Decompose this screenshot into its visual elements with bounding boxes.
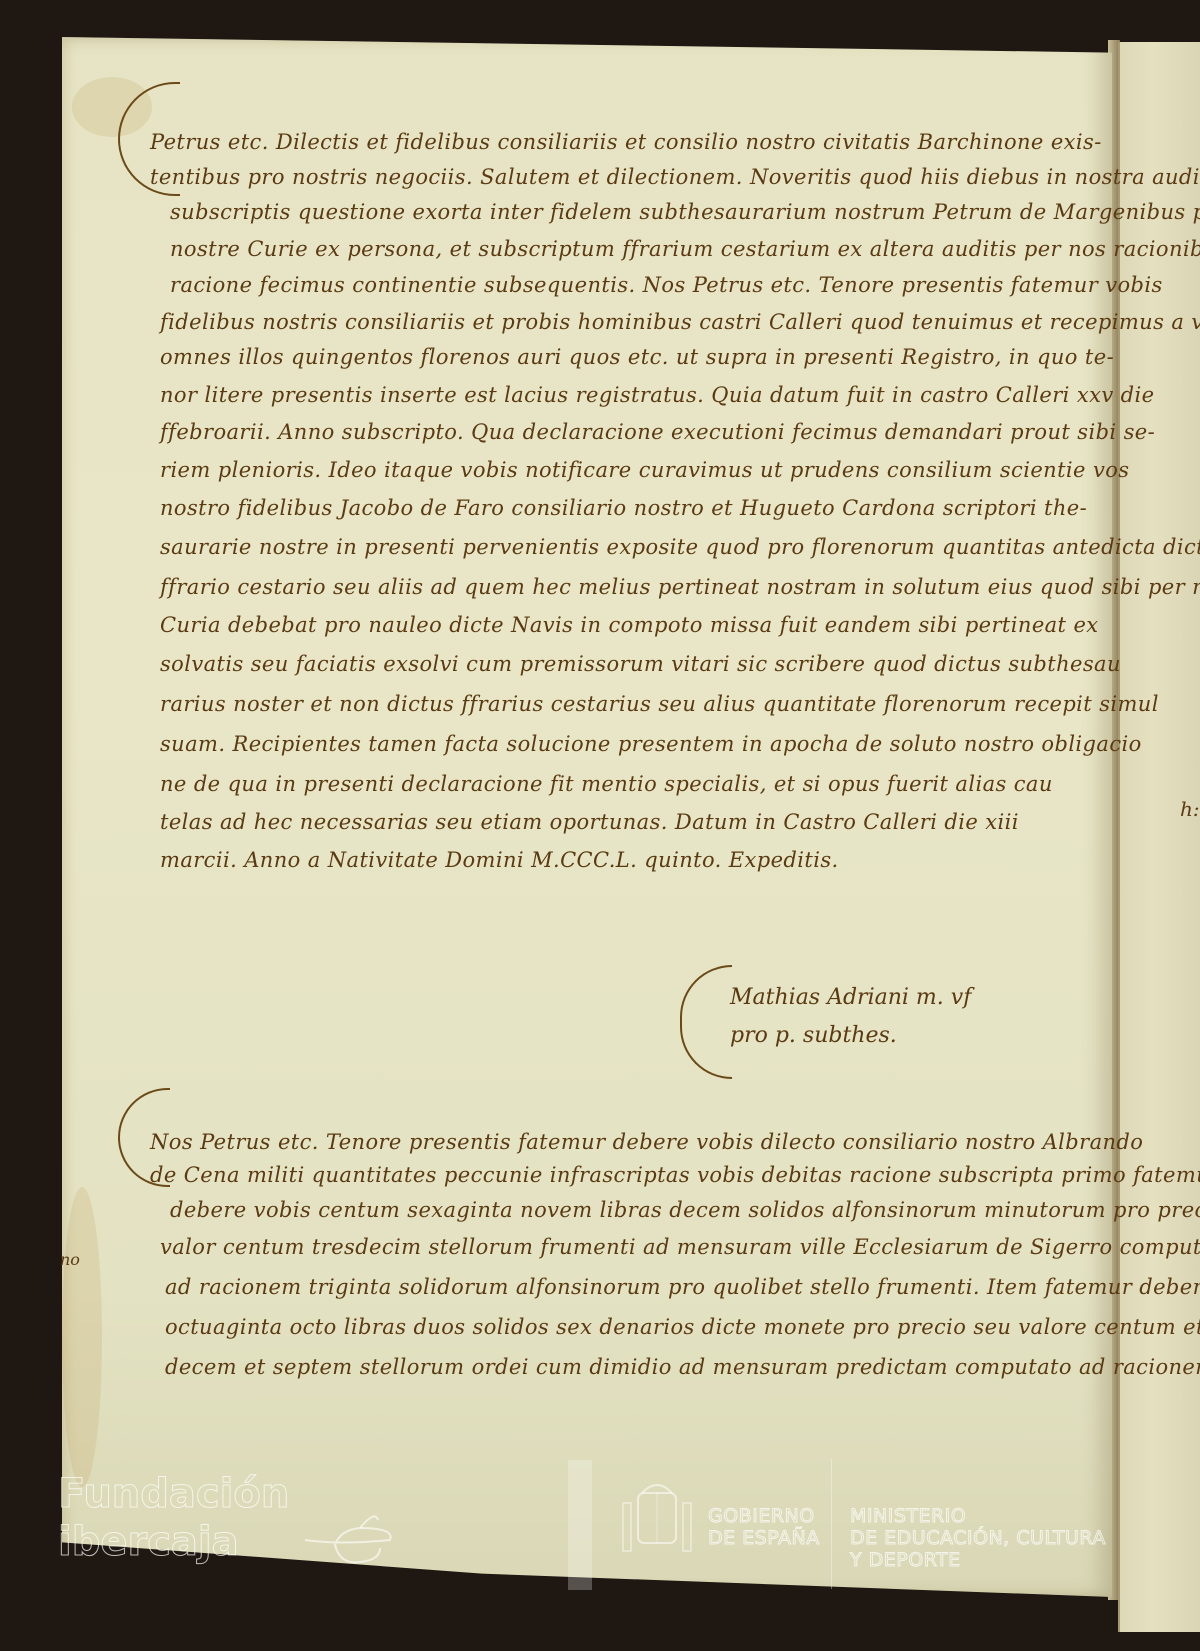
text-line: ad racionem triginta solidorum alfonsino… bbox=[165, 1275, 1200, 1299]
text-line: ffebroarii. Anno subscripto. Qua declara… bbox=[160, 420, 1155, 444]
text-line: telas ad hec necessarias seu etiam oport… bbox=[160, 810, 1019, 834]
text-line: ffrario cestario seu aliis ad quem hec m… bbox=[160, 575, 1200, 599]
signature-line: pro p. subthes. bbox=[730, 1023, 897, 1048]
text-line: ne de qua in presenti declaracione fit m… bbox=[160, 772, 1053, 796]
watermark-text: DE ESPAÑA bbox=[708, 1527, 820, 1549]
text-line: solvatis seu faciatis exsolvi cum premis… bbox=[160, 652, 1121, 676]
watermark-text: Fundación bbox=[58, 1470, 289, 1518]
text-line: de Cena militi quantitates peccunie infr… bbox=[150, 1163, 1200, 1187]
text-line: subscriptis questione exorta inter fidel… bbox=[170, 200, 1200, 224]
text-line: octuaginta octo libras duos solidos sex … bbox=[165, 1315, 1200, 1339]
text-line: decem et septem stellorum ordei cum dimi… bbox=[165, 1355, 1200, 1379]
text-line: omnes illos quingentos florenos auri quo… bbox=[160, 345, 1114, 369]
ibercaja-logo-icon bbox=[300, 1500, 400, 1575]
text-line: riem plenioris. Ideo itaque vobis notifi… bbox=[160, 458, 1129, 482]
text-line: fidelibus nostris consiliariis et probis… bbox=[160, 310, 1200, 334]
text-line: marcii. Anno a Nativitate Domini M.CCC.L… bbox=[160, 848, 839, 872]
text-line: valor centum tresdecim stellorum frument… bbox=[160, 1235, 1200, 1259]
text-line: racione fecimus continentie subsequentis… bbox=[170, 273, 1163, 297]
text-line: tentibus pro nostris negociis. Salutem e… bbox=[150, 165, 1200, 189]
fundacion-ibercaja-watermark: Fundación ibercaja bbox=[58, 1470, 289, 1566]
left-margin-note: no bbox=[60, 1250, 80, 1269]
watermark-text: MINISTERIO bbox=[850, 1505, 1106, 1527]
ministerio-watermark: MINISTERIO DE EDUCACIÓN, CULTURA Y DEPOR… bbox=[850, 1505, 1106, 1571]
text-line: Petrus etc. Dilectis et fidelibus consil… bbox=[150, 130, 1102, 154]
spain-coat-of-arms-icon bbox=[620, 1475, 695, 1560]
text-line: nostro fidelibus Jacobo de Faro consilia… bbox=[160, 496, 1087, 520]
watermark-text: Y DEPORTE bbox=[850, 1549, 1106, 1571]
right-margin-mark: h: bbox=[1180, 797, 1200, 821]
scribe-signature: Mathias Adriani m. vf pro p. subthes. bbox=[700, 965, 1040, 1095]
text-line: Nos Petrus etc. Tenore presentis fatemur… bbox=[150, 1130, 1143, 1154]
text-line: debere vobis centum sexaginta novem libr… bbox=[170, 1198, 1200, 1222]
watermark-text: GOBIERNO bbox=[708, 1505, 820, 1527]
text-line: nor litere presentis inserte est lacius … bbox=[160, 383, 1154, 407]
watermark-stripe bbox=[568, 1460, 592, 1590]
signature-line: Mathias Adriani m. vf bbox=[730, 985, 971, 1010]
text-line: Curia debebat pro nauleo dicte Navis in … bbox=[160, 613, 1099, 637]
parchment-stain bbox=[62, 1187, 102, 1487]
watermark-text: ibercaja bbox=[58, 1518, 289, 1566]
text-line: suam. Recipientes tamen facta solucione … bbox=[160, 732, 1142, 756]
text-line: nostre Curie ex persona, et subscriptum … bbox=[170, 237, 1200, 261]
text-line: rarius noster et non dictus ffrarius ces… bbox=[160, 692, 1159, 716]
gobierno-espana-watermark: GOBIERNO DE ESPAÑA bbox=[708, 1505, 820, 1549]
watermark-divider bbox=[831, 1459, 832, 1589]
watermark-text: DE EDUCACIÓN, CULTURA bbox=[850, 1527, 1106, 1549]
text-line: saurarie nostre in presenti pervenientis… bbox=[160, 535, 1200, 559]
